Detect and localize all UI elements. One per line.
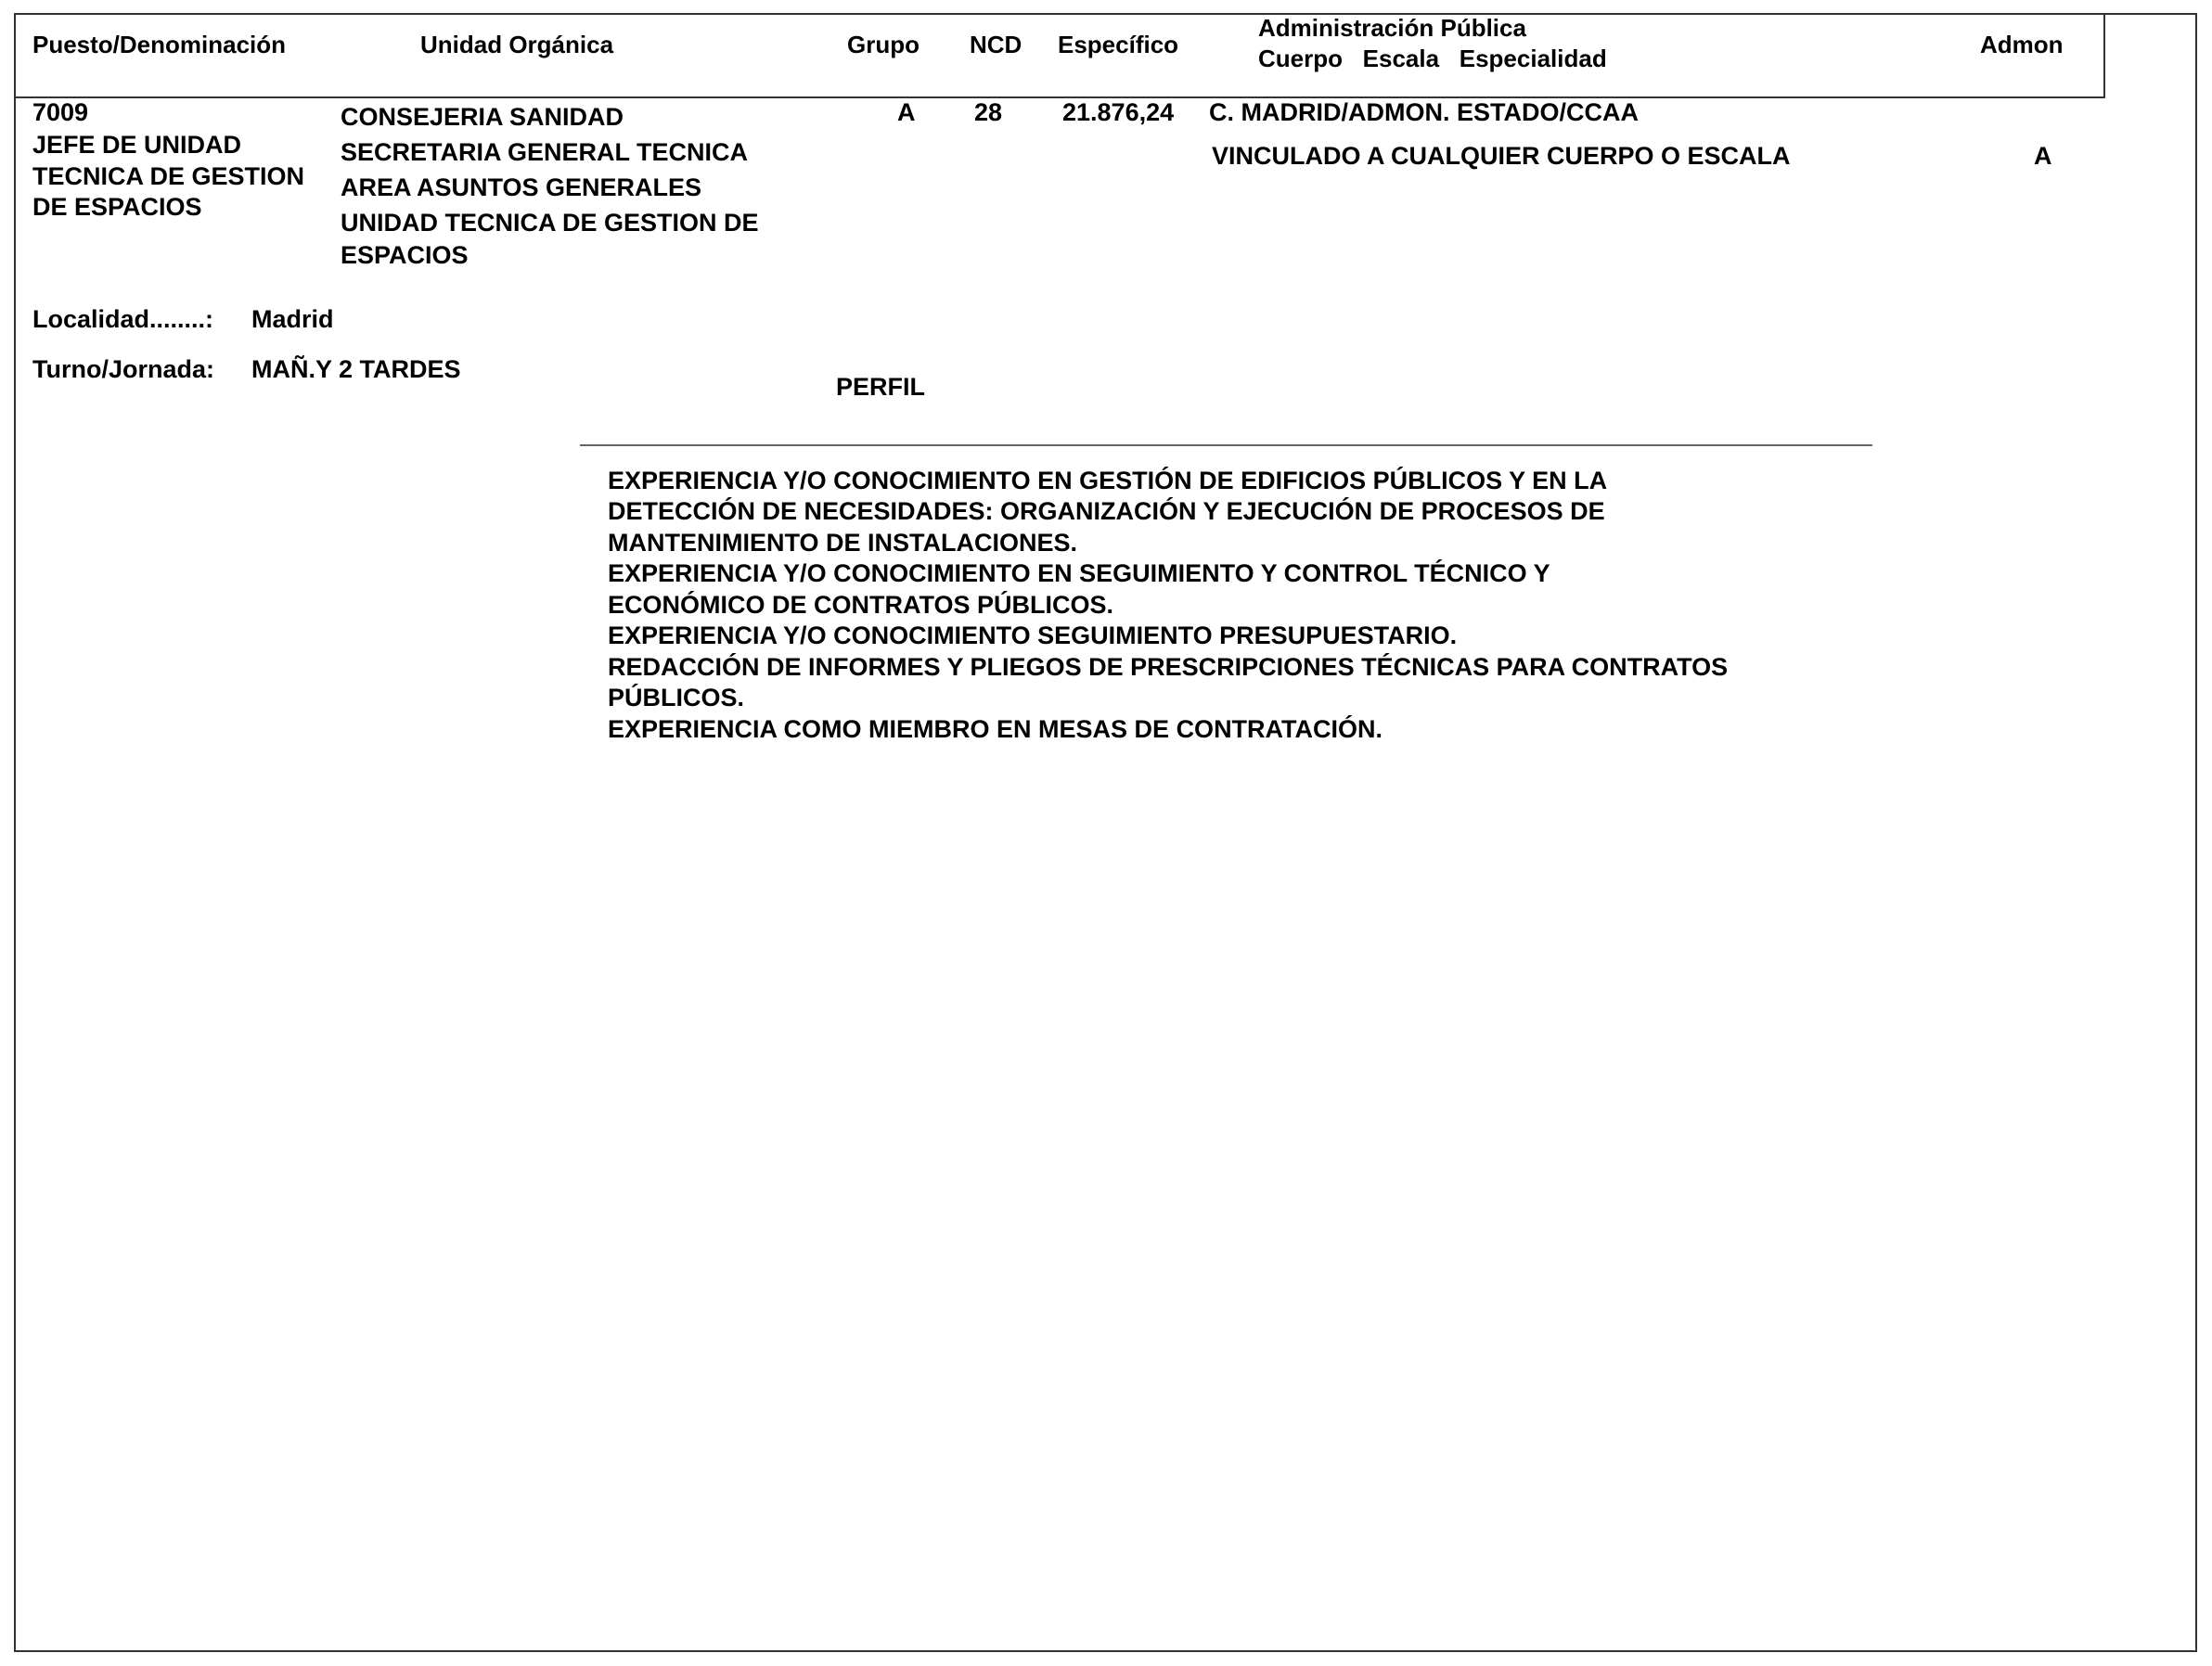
unit-line: ESPACIOS — [341, 237, 469, 273]
header-especifico: Específico — [1058, 31, 1178, 58]
perfil-line: PÚBLICOS. — [608, 683, 744, 714]
turno-label: Turno/Jornada: — [32, 353, 214, 385]
header-grupo: Grupo — [847, 31, 920, 58]
unit-line: CONSEJERIA SANIDAD — [341, 99, 624, 135]
perfil-line: EXPERIENCIA COMO MIEMBRO EN MESAS DE CON… — [608, 714, 1382, 746]
localidad-value: Madrid — [251, 303, 334, 335]
header-cuerpo-escala-especialidad: Cuerpo Escala Especialidad — [1258, 45, 1607, 72]
especifico-value: 21.876,24 — [1062, 96, 1174, 128]
perfil-divider — [580, 444, 1872, 446]
position-title-line: JEFE DE UNIDAD — [32, 129, 241, 160]
perfil-line: DETECCIÓN DE NECESIDADES: ORGANIZACIÓN Y… — [608, 496, 1605, 528]
perfil-line: EXPERIENCIA Y/O CONOCIMIENTO EN GESTIÓN … — [608, 466, 1607, 497]
unit-line: UNIDAD TECNICA DE GESTION DE — [341, 205, 759, 240]
perfil-title: PERFIL — [836, 371, 925, 403]
position-code: 7009 — [32, 96, 88, 128]
position-title-line: DE ESPACIOS — [32, 191, 202, 223]
header-puesto: Puesto/Denominación — [32, 31, 286, 58]
admon-value: A — [2034, 140, 2052, 172]
perfil-line: ECONÓMICO DE CONTRATOS PÚBLICOS. — [608, 590, 1113, 622]
ncd-value: 28 — [974, 96, 1002, 128]
header-admon: Admon — [1980, 31, 2064, 58]
perfil-line: REDACCIÓN DE INFORMES Y PLIEGOS DE PRESC… — [608, 652, 1728, 684]
localidad-label: Localidad........: — [32, 303, 213, 335]
grupo-value: A — [897, 96, 916, 128]
administracion-value: C. MADRID/ADMON. ESTADO/CCAA — [1209, 96, 1639, 128]
unit-line: AREA ASUNTOS GENERALES — [341, 170, 701, 205]
position-title-line: TECNICA DE GESTION — [32, 160, 304, 192]
perfil-line: EXPERIENCIA Y/O CONOCIMIENTO EN SEGUIMIE… — [608, 558, 1550, 590]
header-unidad: Unidad Orgánica — [420, 31, 613, 58]
perfil-line: EXPERIENCIA Y/O CONOCIMIENTO SEGUIMIENTO… — [608, 621, 1457, 652]
header-administracion-publica: Administración Pública — [1258, 14, 1526, 42]
cuerpo-value: VINCULADO A CUALQUIER CUERPO O ESCALA — [1212, 140, 1791, 172]
perfil-line: MANTENIMIENTO DE INSTALACIONES. — [608, 528, 1077, 559]
turno-value: MAÑ.Y 2 TARDES — [251, 353, 461, 385]
header-ncd: NCD — [970, 31, 1022, 58]
unit-line: SECRETARIA GENERAL TECNICA — [341, 135, 748, 170]
